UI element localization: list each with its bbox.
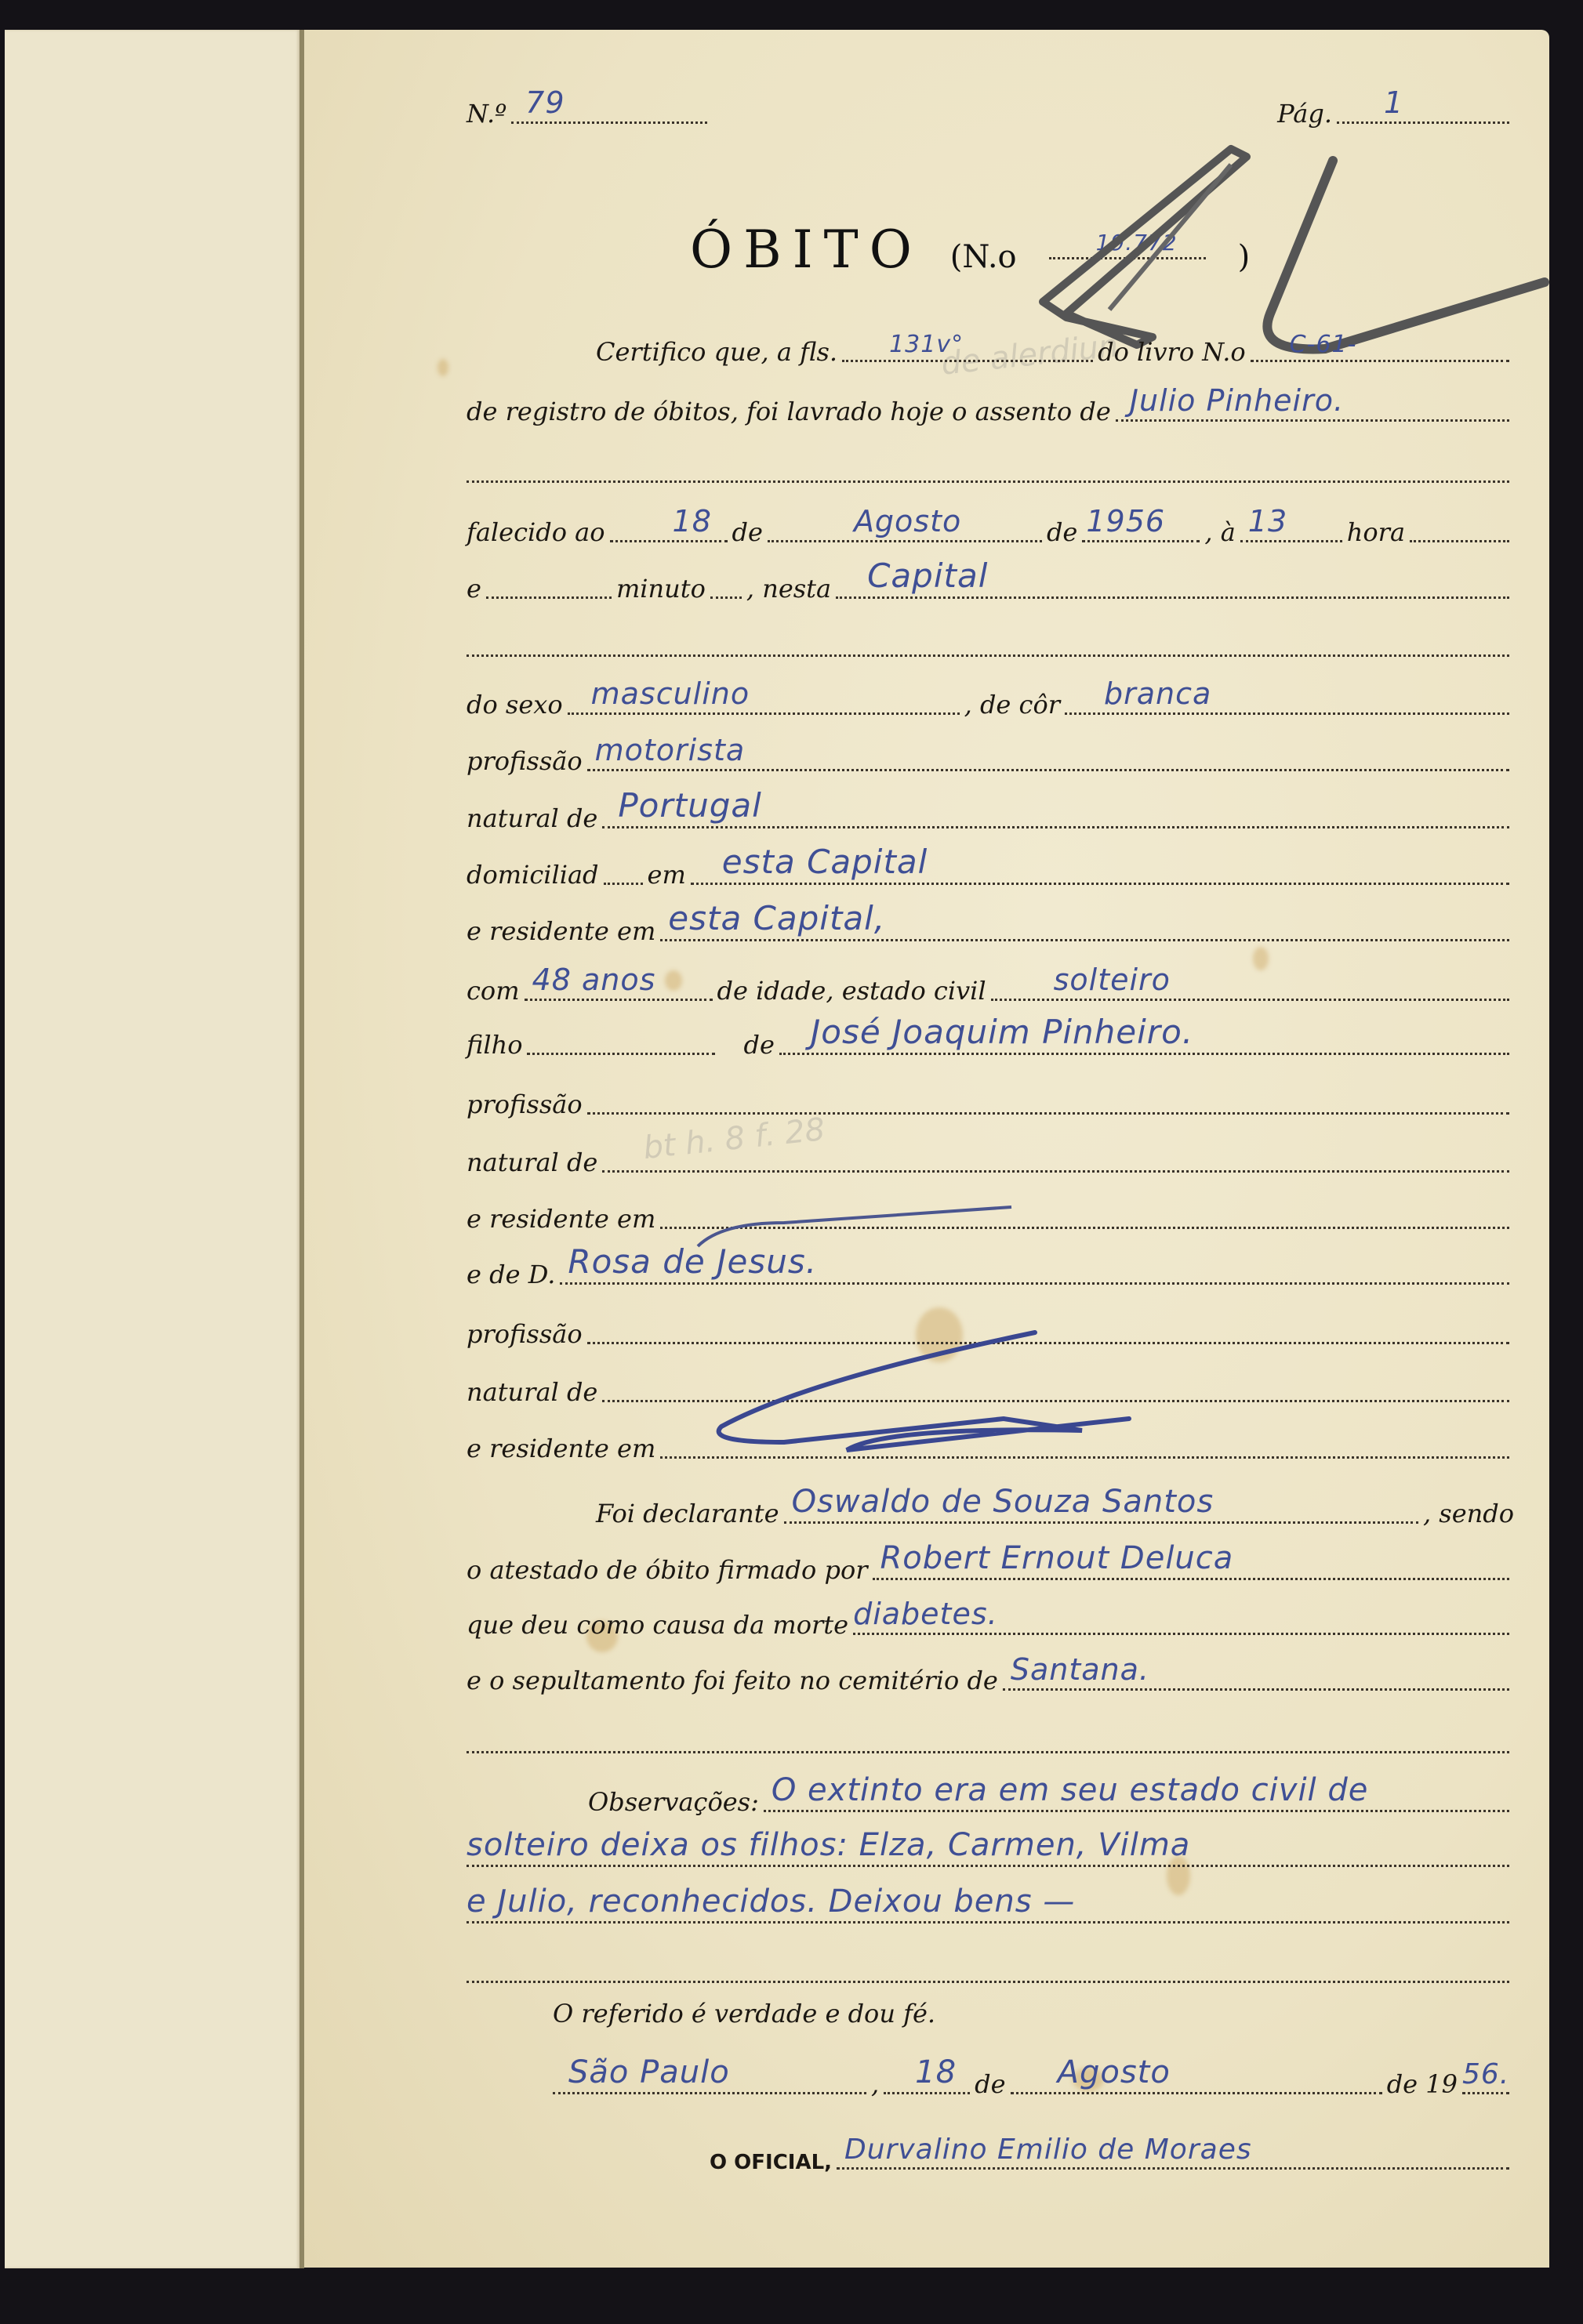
folhas-value: 131v° [889, 331, 964, 358]
observations-line-1: O extinto era em seu estado civil de [772, 1772, 1369, 1808]
livro-value: C-61- [1290, 331, 1357, 358]
declarant-name: Oswaldo de Souza Santos [792, 1484, 1214, 1520]
row-certifico: Certifico que, a fls. 131v° do livro N.o… [596, 329, 1514, 368]
father-occupation-field [587, 1111, 1509, 1115]
row-sexo: do sexo masculino , de côr branca [467, 682, 1514, 721]
death-year: 1956 [1086, 504, 1165, 538]
title-text: ÓBITO [690, 219, 923, 280]
birthplace-value: Portugal [618, 786, 761, 825]
row-assento: de registro de óbitos, foi lavrado hoje … [467, 389, 1514, 428]
number-field: 79 [511, 121, 707, 124]
row-residente: e residente em esta Capital, [467, 908, 1514, 948]
row-observacoes-2: solteiro deixa os filhos: Elza, Carmen, … [467, 1834, 1514, 1873]
death-minute-field [486, 596, 612, 599]
color-value: branca [1104, 676, 1211, 711]
issue-city: São Paulo [568, 2054, 730, 2090]
number-value: 79 [525, 85, 565, 120]
father-name: José Joaquim Pinheiro. [811, 1013, 1193, 1051]
assento-field: Julio Pinheiro. [1116, 419, 1509, 422]
death-month: Agosto [854, 504, 961, 538]
page-field: 1 [1337, 121, 1509, 124]
row-blank-1 [467, 450, 1514, 489]
title-number-value: 19.772 [1096, 230, 1178, 256]
domicile-value: esta Capital [722, 843, 928, 881]
row-observacoes: Observações: O extinto era em seu estado… [588, 1779, 1514, 1818]
row-filho: filho de José Joaquim Pinheiro. [467, 1022, 1514, 1061]
death-day: 18 [673, 504, 712, 538]
page-label: Pág. [1277, 99, 1332, 130]
row-atestado: o atestado de óbito firmado por Robert E… [467, 1547, 1514, 1586]
row-data-local: São Paulo , 18 de Agosto de 19 56. [553, 2061, 1514, 2101]
header-row: N.º 79 Pág. 1 [467, 91, 1514, 130]
age-value: 48 anos [532, 963, 656, 997]
occupation-value: motorista [595, 733, 746, 767]
row-blank-4 [467, 1950, 1514, 1989]
row-blank-3 [467, 1720, 1514, 1760]
title-number-field: 19.772 [1049, 256, 1206, 259]
row-oficial: O OFICIAL, Durvalino Emilio de Moraes [710, 2137, 1514, 2176]
page-value: 1 [1384, 85, 1403, 120]
cancel-stroke-marks [690, 1191, 1317, 1458]
sex-value: masculino [591, 676, 750, 711]
row-sepultamento: e o sepultamento foi feito no cemitério … [467, 1658, 1514, 1697]
issue-day: 18 [915, 2054, 957, 2090]
officer-signature: Durvalino Emilio de Moraes [844, 2134, 1252, 2166]
father-birthplace-field [602, 1169, 1509, 1173]
residence-value: esta Capital, [668, 899, 885, 937]
issue-year: 56. [1462, 2058, 1509, 2090]
death-hour: 13 [1248, 504, 1287, 538]
row-blank-2 [467, 624, 1514, 663]
row-falecido: falecido ao 18 de Agosto de 1956 , à 13 … [467, 509, 1514, 549]
row-causa: que deu como causa da morte diabetes. [467, 1602, 1514, 1641]
attestation-text: O referido é verdade e dou fé. [553, 1999, 935, 2030]
cemetery-name: Santana. [1011, 1652, 1149, 1687]
row-pai-profissao: profissão [467, 1082, 1514, 1121]
row-domiciliado: domiciliad em esta Capital [467, 852, 1514, 891]
livro-field: C-61- [1251, 359, 1509, 362]
row-pai-natural: natural de [467, 1140, 1514, 1179]
row-profissao: profissão motorista [467, 738, 1514, 778]
title-number-label: (N.o [950, 239, 1017, 275]
folhas-field: 131v° [842, 359, 1093, 362]
number-label: N.º [467, 99, 506, 130]
cause-of-death: diabetes. [853, 1597, 998, 1631]
row-minuto: e minuto , nesta Capital [467, 566, 1514, 605]
officer-label: O OFICIAL, [710, 2151, 832, 2176]
binding-strip [5, 30, 300, 2268]
row-fe: O referido é verdade e dou fé. [553, 1991, 1514, 2030]
row-natural: natural de Portugal [467, 796, 1514, 835]
document-title: ÓBITO (N.o 19.772 ) [690, 219, 1250, 280]
observations-line-3: e Julio, reconhecidos. Deixou bens — [467, 1883, 1075, 1920]
deceased-name: Julio Pinheiro. [1130, 383, 1344, 418]
physician-name: Robert Ernout Deluca [880, 1540, 1234, 1576]
marital-status-value: solteiro [1054, 963, 1171, 997]
row-declarante: Foi declarante Oswaldo de Souza Santos ,… [596, 1491, 1514, 1530]
issue-month: Agosto [1058, 2054, 1171, 2090]
row-idade: com 48 anos de idade, estado civil solte… [467, 968, 1514, 1007]
death-place: Capital [867, 557, 988, 595]
row-observacoes-3: e Julio, reconhecidos. Deixou bens — [467, 1891, 1514, 1930]
observations-line-2: solteiro deixa os filhos: Elza, Carmen, … [467, 1827, 1190, 1863]
